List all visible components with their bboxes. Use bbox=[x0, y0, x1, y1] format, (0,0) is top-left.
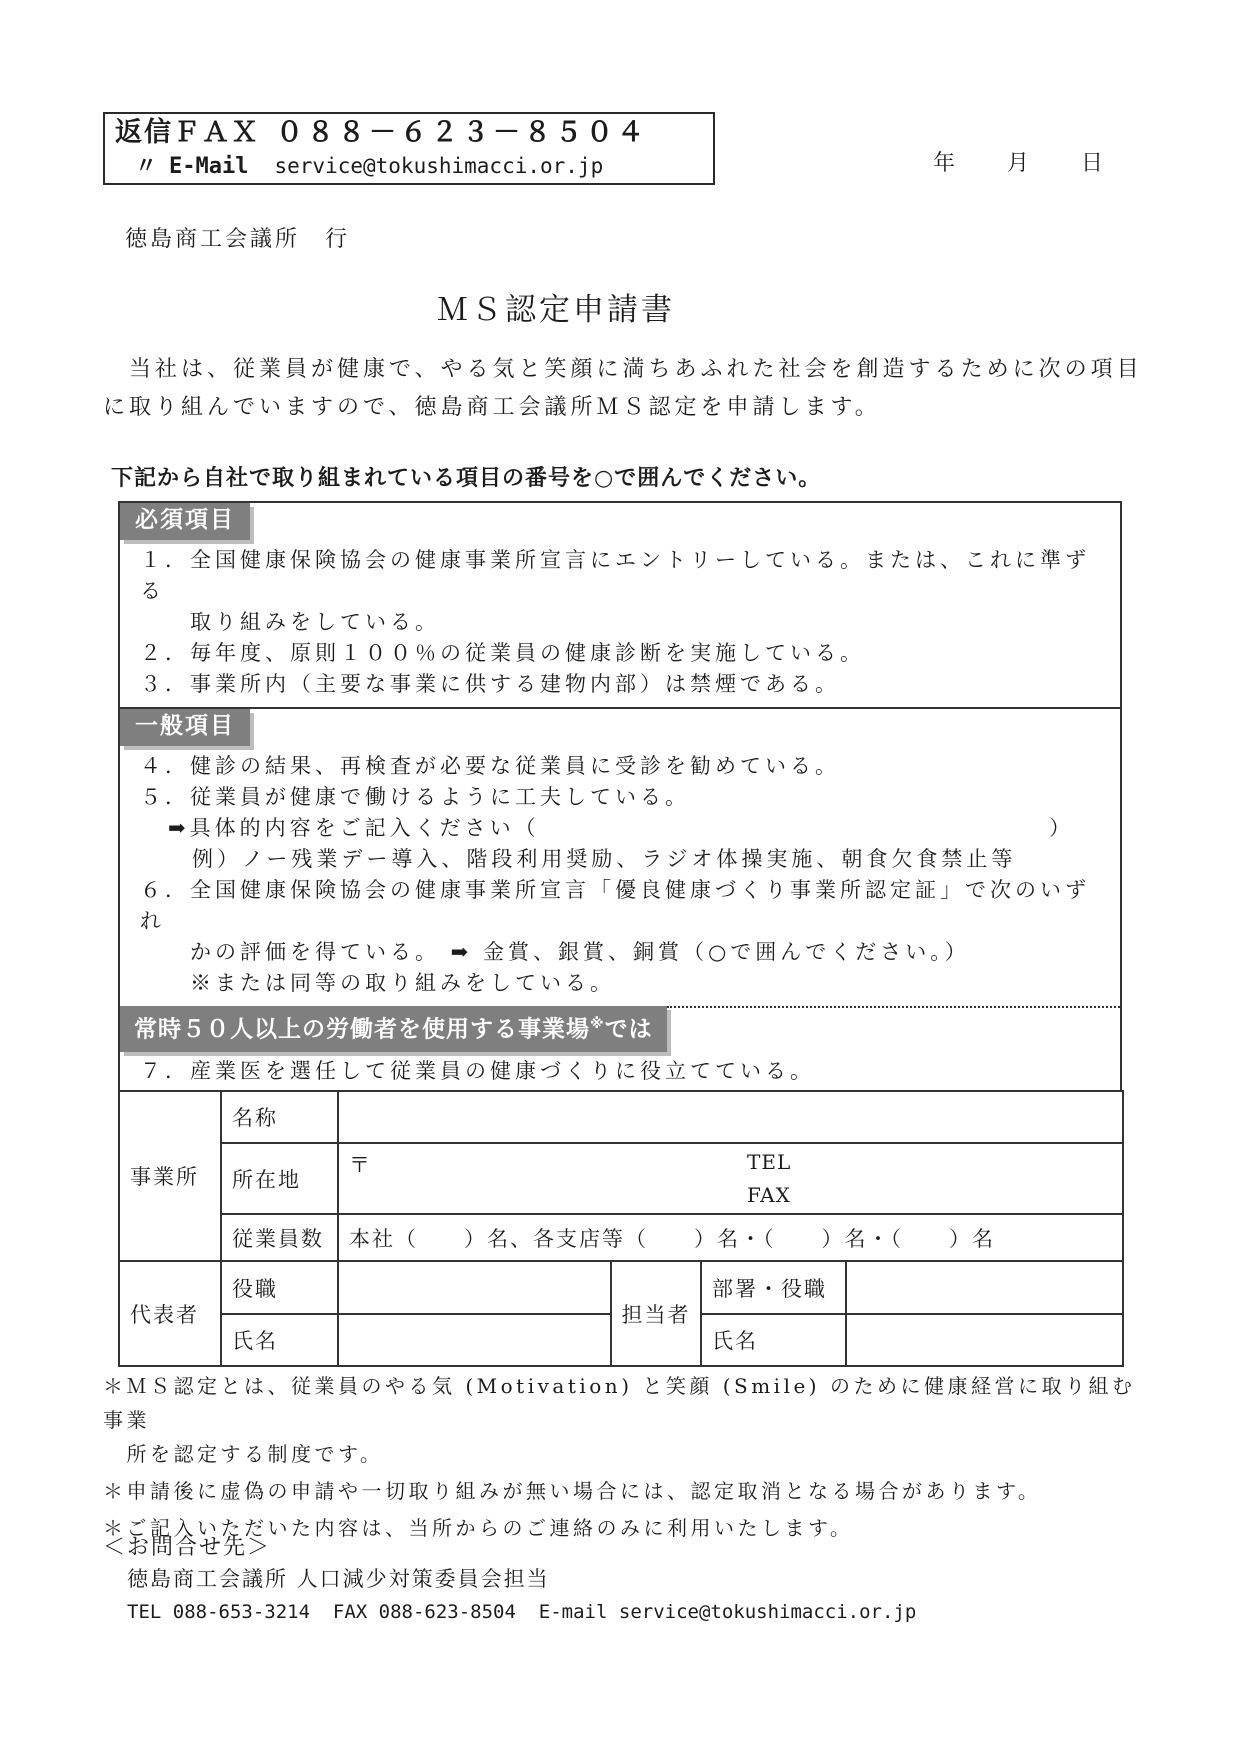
note-revocation: ＊申請後に虚偽の申請や一切取り組みが無い場合には、認定取消となる場合があります。 bbox=[103, 1474, 1153, 1508]
table-row: 事業所 名称 bbox=[119, 1091, 1123, 1143]
table-row: 代表者 役職 担当者 部署・役職 bbox=[119, 1261, 1123, 1314]
checklist-item-7: ７．産業医を選任して従業員の健康づくりに役立てている。 bbox=[140, 1056, 1104, 1087]
email-address: service@tokushimacci.or.jp bbox=[275, 154, 604, 178]
table-row: 所在地 〒 TEL FAX bbox=[119, 1143, 1123, 1214]
section-fifty-label: 常時５０人以上の労働者を使用する事業場※では bbox=[120, 1006, 667, 1052]
reply-fax-number: ０８８－６２３－８５０４ bbox=[276, 117, 648, 148]
rep-name-label: 氏名 bbox=[221, 1314, 338, 1366]
rep-position-input-area bbox=[338, 1261, 611, 1314]
postal-mark: 〒 bbox=[349, 1149, 372, 1179]
section-general-label: 一般項目 bbox=[120, 709, 250, 746]
reply-email-line: 〃E-Mailservice@tokushimacci.or.jp bbox=[115, 151, 713, 182]
office-group-label: 事業所 bbox=[119, 1091, 221, 1261]
email-label: E-Mail bbox=[169, 154, 248, 179]
item-5-detail-prefix: ➡具体的内容をご記入ください（ bbox=[168, 813, 540, 844]
fax-label: FAX bbox=[747, 1179, 791, 1212]
applicant-info-table: 事業所 名称 所在地 〒 TEL FAX 従業員数 本社（ ）名、各支店等（ ）… bbox=[118, 1090, 1124, 1367]
tel-label: TEL bbox=[747, 1146, 791, 1179]
contact-person-group-label: 担当者 bbox=[611, 1261, 701, 1366]
ditto-mark: 〃 bbox=[135, 154, 157, 179]
footnotes: ＊ＭＳ認定とは、従業員のやる気 (Motivation) と笑顔 (Smile)… bbox=[103, 1369, 1153, 1548]
contact-name-label: 氏名 bbox=[701, 1314, 846, 1366]
general-items: ４．健診の結果、再検査が必要な従業員に受診を勧めている。 ５．従業員が健康で働け… bbox=[120, 746, 1120, 1006]
section-required-label: 必須項目 bbox=[120, 503, 250, 540]
table-row: 従業員数 本社（ ）名、各支店等（ ）名・（ ）名・（ ）名 bbox=[119, 1214, 1123, 1261]
checklist-box: 必須項目 １．全国健康保険協会の健康事業所宣言にエントリーしている。または、これ… bbox=[118, 501, 1122, 1160]
fifty-label-asterisk: ※ bbox=[590, 1016, 605, 1032]
reply-fax-label: 返信ＦＡＸ bbox=[115, 117, 260, 148]
employees-input-area: 本社（ ）名、各支店等（ ）名・（ ）名・（ ）名 bbox=[338, 1214, 1123, 1261]
section-fifty-header-row: 常時５０人以上の労働者を使用する事業場※では bbox=[120, 1006, 1120, 1052]
checklist-item-3: ３．事業所内（主要な事業に供する建物内部）は禁煙である。 bbox=[140, 669, 1104, 700]
item-5-example: 例）ノー残業デー導入、階段利用奨励、ラジオ体操実施、朝食欠食禁止等 bbox=[140, 844, 1104, 875]
checklist-item-5: ５．従業員が健康で働けるように工夫している。 bbox=[140, 782, 1104, 813]
reply-fax-box: 返信ＦＡＸ０８８－６２３－８５０４ 〃E-Mailservice@tokushi… bbox=[103, 112, 715, 185]
contact-organization: 徳島商工会議所 人口減少対策委員会担当 bbox=[127, 1563, 550, 1593]
office-name-label: 名称 bbox=[221, 1091, 338, 1143]
date-year-label: 年 bbox=[933, 146, 955, 177]
item-5-detail-line: ➡具体的内容をご記入ください（ ） bbox=[140, 813, 1104, 844]
contact-name-input-area bbox=[846, 1314, 1123, 1366]
checklist-item-6: ６．全国健康保険協会の健康事業所宣言「優良健康づくり事業所認定証」で次のいずれ … bbox=[140, 875, 1104, 999]
contact-tel-fax-email: TEL 088-653-3214 FAX 088-623-8504 E-mail… bbox=[127, 1601, 916, 1623]
document-title: ＭＳ認定申請書 bbox=[0, 284, 1112, 329]
intro-paragraph: 当社は、従業員が健康で、やる気と笑顔に満ちあふれた社会を創造するために次の項目 … bbox=[103, 351, 1148, 427]
contact-heading: ＜お問合せ先＞ bbox=[103, 1530, 271, 1561]
dotted-divider bbox=[667, 1006, 1120, 1008]
item-5-detail-close-paren: ） bbox=[1049, 813, 1074, 844]
rep-name-input-area bbox=[338, 1314, 611, 1366]
required-items: １．全国健康保険協会の健康事業所宣言にエントリーしている。または、これに準ずる … bbox=[120, 540, 1120, 707]
section-general: 一般項目 ４．健診の結果、再検査が必要な従業員に受診を勧めている。 ５．従業員が… bbox=[120, 709, 1120, 1006]
tel-fax-labels: TEL FAX bbox=[747, 1146, 791, 1212]
fifty-label-tail: では bbox=[605, 1017, 653, 1043]
employees-label: 従業員数 bbox=[221, 1214, 338, 1261]
recipient-line: 徳島商工会議所 行 bbox=[125, 222, 350, 253]
date-month-label: 月 bbox=[1007, 146, 1029, 177]
rep-position-label: 役職 bbox=[221, 1261, 338, 1314]
office-address-input-area: 〒 TEL FAX bbox=[338, 1143, 1123, 1214]
checklist-item-4: ４．健診の結果、再検査が必要な従業員に受診を勧めている。 bbox=[140, 751, 1104, 782]
reply-fax-line: 返信ＦＡＸ０８８－６２３－８５０４ bbox=[115, 115, 713, 151]
checklist-item-1: １．全国健康保険協会の健康事業所宣言にエントリーしている。または、これに準ずる … bbox=[140, 545, 1104, 638]
contact-dept-label: 部署・役職 bbox=[701, 1261, 846, 1314]
fifty-label-main: 常時５０人以上の労働者を使用する事業場 bbox=[134, 1017, 590, 1043]
note-ms-definition: ＊ＭＳ認定とは、従業員のやる気 (Motivation) と笑顔 (Smile)… bbox=[103, 1369, 1153, 1471]
checklist-item-2: ２．毎年度、原則１００％の従業員の健康診断を実施している。 bbox=[140, 638, 1104, 669]
office-name-input-area bbox=[338, 1091, 1123, 1143]
application-form-page: 返信ＦＡＸ０８８－６２３－８５０４ 〃E-Mailservice@tokushi… bbox=[0, 0, 1240, 1755]
date-day-label: 日 bbox=[1081, 146, 1103, 177]
contact-dept-input-area bbox=[846, 1261, 1123, 1314]
office-address-label: 所在地 bbox=[221, 1143, 338, 1214]
instruction-heading: 下記から自社で取り組まれている項目の番号を○で囲んでください。 bbox=[111, 461, 821, 492]
section-required: 必須項目 １．全国健康保険協会の健康事業所宣言にエントリーしている。または、これ… bbox=[120, 503, 1120, 709]
representative-group-label: 代表者 bbox=[119, 1261, 221, 1366]
date-fields: 年 月 日 bbox=[933, 146, 1103, 177]
